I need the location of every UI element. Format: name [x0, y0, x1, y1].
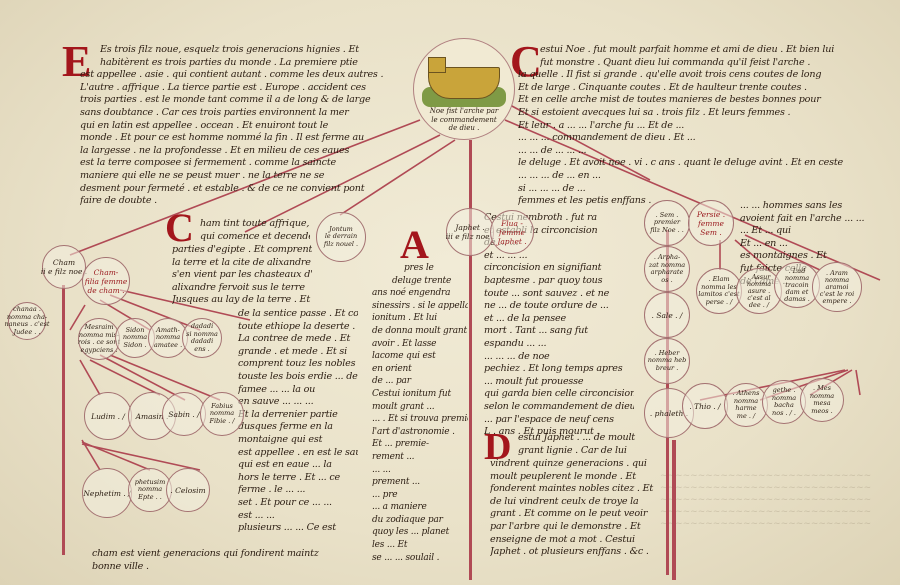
text-line: desment pour fermeté . et estable . & de…: [80, 183, 400, 196]
text-line: Et ... premie-: [372, 438, 468, 451]
circle-text: Nephetim . /: [83, 489, 130, 498]
text-line: l'art d'astronomie .: [372, 426, 468, 439]
text-line: ans noé engendra: [372, 287, 468, 300]
circle-text: amatee .: [154, 342, 182, 350]
circle-text: ii e filz noe .: [41, 267, 87, 276]
cham-paragraph-right: de la sentice passe . Et comprent toute …: [238, 308, 358, 535]
text-line: ne ... de toute ordure de ...: [484, 300, 634, 313]
text-line: la largesse . ne la profondesse . Et en …: [80, 145, 400, 158]
circle-text: Ludim . /: [91, 412, 125, 421]
text-line: en sauve ... ... ...: [238, 396, 358, 409]
text-line: trois parties . est le monde tant comme …: [80, 94, 400, 107]
text-line: es montaignes . Et: [740, 250, 890, 263]
caption-line: de dieu .: [449, 124, 480, 132]
text-line: ... Et ... qui: [740, 225, 890, 238]
text-line: ... ... ... de ... en ...: [518, 170, 880, 183]
text-line: selon le commandement de dieu . Et de ce…: [484, 401, 634, 414]
text-line: fonderent maintes nobles citez . Et: [490, 483, 670, 496]
circle-jontum: Jontum le derrain filz nouel .: [316, 212, 366, 262]
initial-c-cham: C: [165, 208, 194, 248]
text-line: quoy les ... planet: [372, 526, 468, 539]
text-line: espandu ... ...: [484, 338, 634, 351]
text-line: Et la derrenier partie: [238, 409, 358, 422]
text-line: Et en celle arche mist de toutes maniere…: [518, 94, 880, 107]
text-line: se ... ... soulail .: [372, 552, 468, 565]
text-line: Jusques au lay de la terre . Et: [172, 294, 312, 307]
text-line: la terre et la cite de alixandre . Et si: [172, 257, 312, 270]
text-line: Et de large . Cinquante coutes . Et de h…: [518, 82, 880, 95]
noahs-ark-medallion: Noe fist l'arche par le commandement de …: [413, 38, 515, 140]
text-line: du zodiaque par: [372, 514, 468, 527]
text-line: famee ... ... la ou: [238, 384, 358, 397]
text-line: Cestui ionitum fut: [372, 388, 468, 401]
text-line: grande . et mede . Et si: [238, 346, 358, 359]
circle-text: Sabin . /: [168, 410, 199, 419]
text-line: ... a maniere: [372, 501, 468, 514]
circle-text: breur .: [656, 365, 679, 373]
text-line: en orient: [372, 363, 468, 376]
circle-text: Sem .: [700, 228, 721, 237]
text-line: toute ethiope la deserte .: [238, 321, 358, 334]
text-line: avoient fait en l'arche ... ...: [740, 213, 890, 226]
text-line: ... pre: [372, 489, 468, 502]
circle-text: iii e filz noe .: [446, 232, 495, 241]
text-line: parties d'egipte . Et comprent toute: [172, 244, 312, 257]
text-line: estui Noe . fut moult parfait homme et a…: [540, 44, 880, 57]
circle-ludim: Ludim . /: [84, 392, 132, 440]
circle-text: Cham-: [94, 268, 119, 277]
circle-text: Japhet .: [455, 223, 484, 232]
text-line: fut monstre . Quant dieu lui commanda qu…: [540, 57, 880, 70]
circle-text: meos .: [811, 408, 832, 416]
circle-text: Cham: [53, 258, 75, 267]
text-line: ionitum . Et lui: [372, 312, 468, 325]
text-line: les ... Et: [372, 539, 468, 552]
circle-text: empere .: [822, 298, 851, 305]
text-line: de la sentice passe . Et comprent: [238, 308, 358, 321]
text-line: moult grant ...: [372, 401, 468, 414]
text-line: la quelle . Il fist si grande . qu'elle …: [518, 69, 880, 82]
text-line: qui en latin est appellee . occean . Et …: [80, 120, 400, 133]
text-line: touste les bois erdie ... de: [238, 371, 358, 384]
circle-text: de cham .: [87, 286, 124, 295]
circle-text: Flua -: [501, 219, 523, 228]
text-line: plusieurs ... ... Ce est: [238, 522, 358, 535]
text-line: sinessirs . si le appella: [372, 300, 468, 313]
cham-paragraph: ham tint toute affrique, qui comence et …: [200, 218, 310, 243]
text-line: circoncision en signifiant: [484, 262, 634, 275]
text-line: rement ...: [372, 451, 468, 464]
circle-celosim: . Celosim: [166, 468, 210, 512]
circle-text: . Sale . /: [652, 311, 683, 320]
circle-japhet-wife: Flua - femme Japhet .: [490, 210, 534, 254]
text-line: L'autre . affrique . La tierce partie es…: [80, 82, 400, 95]
text-line: ... moult fut prouesse: [484, 376, 634, 389]
circle-thio: . Thio . /: [682, 383, 728, 429]
text-line: ... ... ... de noe: [484, 351, 634, 364]
text-line: lacome qui est: [372, 350, 468, 363]
circle-text: me . /: [737, 413, 755, 421]
caption-line: le commandement: [431, 116, 496, 124]
circle-sale: . Sale . /: [644, 292, 690, 338]
caption-line: Noe fist l'arche par: [430, 107, 499, 115]
japhet-lineage-bar: [469, 140, 472, 580]
circle-text: Epte . .: [138, 494, 162, 502]
text-line: ... ... de ... ... ...: [518, 145, 880, 158]
text-line: ... ... ... commandement de dieu . Et ..…: [518, 132, 880, 145]
text-line: s'en vient par les chasteaux d'alixan-: [172, 269, 312, 282]
circle-text: Japhet .: [497, 237, 526, 246]
text-line: deluge trente: [392, 275, 468, 288]
text-line: par l'arbre qui le demonstre . Et: [490, 521, 670, 534]
circle-sem-wife: Persie . femme Sem .: [688, 200, 734, 246]
circle-mes: . Mes nomma mesa meos .: [800, 378, 844, 422]
text-line: et ... de la pensee: [484, 313, 634, 326]
text-line: est ... ...: [238, 510, 358, 523]
left-top-paragraph: Es trois filz noue, esquelz trois genera…: [100, 44, 400, 208]
text-line: qui comence et decende: [200, 231, 310, 244]
text-line: si ... ... ... de ...: [518, 183, 880, 196]
text-line: set . Et pour ce ... ...: [238, 497, 358, 510]
text-line: Et leur . a ... ... l'arche fu ... Et de…: [518, 120, 880, 133]
text-line: ... par l'espace de neuf cens: [484, 414, 634, 427]
text-line: le deluge . Et avoit noe . vi . c ans . …: [518, 157, 880, 170]
cham-lineage-bar: [62, 285, 65, 555]
text-line: pres le: [404, 262, 468, 275]
ark-caption: Noe fist l'arche par le commandement de …: [414, 107, 514, 133]
japhet-paragraph: estui Japhet . ... de moult grant lignie…: [518, 432, 668, 457]
text-line: toute ... sont sauvez . et ne: [484, 288, 634, 301]
circle-text: filia femme: [85, 277, 128, 286]
text-line: grant lignie . Car de lui: [518, 445, 668, 458]
initial-a-center: A: [400, 225, 429, 265]
circle-dadan: dadadi si nomma dadadi ens .: [182, 318, 222, 358]
circle-cham: Cham ii e filz noe .: [42, 245, 86, 289]
text-line: enseigne de mot a mot . Cestui: [490, 534, 670, 547]
circle-text: os .: [661, 277, 672, 285]
text-line: cham est vient generacions qui fondirent…: [92, 548, 322, 561]
circle-text: ens .: [194, 346, 210, 354]
circle-text: femme: [698, 219, 724, 228]
text-line: hors le terre . Et ... ce: [238, 472, 358, 485]
center-paragraph: pres le deluge trente ans noé engendra s…: [372, 262, 468, 564]
text-line: de ... par: [372, 375, 468, 388]
circle-text: Sidon .: [124, 342, 147, 350]
cham-paragraph-body: parties d'egipte . Et comprent toute la …: [172, 244, 312, 307]
text-line: mort . Tant ... sang fut: [484, 325, 634, 338]
circle-aram: . Aram nomma aramoi c'est le roi empere …: [812, 262, 862, 312]
text-line: grant . Et comme on le peut veoir: [490, 508, 670, 521]
circle-text: . Thio . /: [689, 402, 720, 411]
circle-arphaxat: . Arpha- zat nomma arpharate os .: [644, 246, 690, 292]
text-line: alixandre fervoit sus le terre: [172, 282, 312, 295]
text-line: moult peuplerent le monde . Et: [490, 471, 670, 484]
circle-text: egypciens .: [80, 347, 117, 355]
text-line: Japhet . ot plusieurs enffans . &c .: [490, 546, 670, 559]
circle-fabius: Fabius nomma Fibie . /: [200, 392, 244, 436]
circle-chanaan: chanaa . nomma cha- naneus . c'est Judee…: [8, 302, 46, 340]
circle-cham-wife: Cham- filia femme de cham .: [82, 257, 130, 305]
circle-nephetim: Nephetim . /: [82, 468, 132, 518]
circle-text: Persie .: [697, 210, 725, 219]
text-line: sans doubtance . Car ces trois parties e…: [80, 107, 400, 120]
text-line: qui est en eaue ... la: [238, 459, 358, 472]
text-line: vindrent quinze generacions . qui: [490, 458, 670, 471]
manuscript-page: ~~~~~~~~~~~~~~~~~~~~~~~~~~~~ ~~~~~~~~~~~…: [0, 0, 900, 585]
text-line: dusques ferme en la: [238, 421, 358, 434]
circle-text: filz nouel .: [324, 241, 358, 249]
japhet-paragraph-body: vindrent quinze generacions . qui moult …: [490, 458, 670, 559]
text-line: est appellee . asie . qui contient autan…: [80, 69, 400, 82]
text-line: est appellee . en est le sauvage: [238, 447, 358, 460]
circle-text: perse . /: [706, 299, 733, 307]
text-line: montaigne qui est: [238, 434, 358, 447]
text-line: maniere qui elle ne se peust muer . ne l…: [80, 170, 400, 183]
sem-lineage-bar-lower: [672, 440, 676, 580]
text-line: ... . Et si trouva premier: [372, 413, 468, 426]
circle-text: femme: [499, 228, 525, 237]
circle-japhet: Japhet . iii e filz noe .: [446, 208, 494, 256]
circle-text: Fibie . /: [209, 418, 234, 426]
text-line: ham tint toute affrique,: [200, 218, 310, 231]
text-line: est la terre composee si fermement . com…: [80, 157, 400, 170]
text-line: qui garda bien celle circoncision .: [484, 388, 634, 401]
circle-text: filz Noe . .: [650, 227, 684, 235]
right-top-paragraph: estui Noe . fut moult parfait homme et a…: [540, 44, 880, 208]
text-line: avoir . Et lasse: [372, 338, 468, 351]
text-line: estui Japhet . ... de moult: [518, 432, 668, 445]
text-line: Es trois filz noue, esquelz trois genera…: [100, 44, 400, 57]
text-line: Et ... en ...: [740, 238, 890, 251]
text-line: Et si estoient avecques lui sa . trois f…: [518, 107, 880, 120]
text-line: prement ...: [372, 476, 468, 489]
text-line: pechiez . Et long temps apres: [484, 363, 634, 376]
text-line: habitèrent es trois parties du monde . L…: [100, 57, 400, 70]
text-line: bonne ville .: [92, 561, 322, 574]
text-line: ... ...: [372, 464, 468, 477]
circle-mesraim: Mesraim nomma mis- rois . ce sont egypci…: [78, 318, 120, 360]
text-line: monde . Et pour ce est homme nommé la fi…: [80, 132, 400, 145]
text-line: de lui vindrent ceulx de troye la: [490, 496, 670, 509]
circle-text: nos . / .: [772, 410, 796, 418]
text-line: faire de doubte .: [80, 195, 400, 208]
circle-heber: . Heber nomma heb breur .: [644, 338, 690, 384]
text-line: baptesme . par quoy tous: [484, 275, 634, 288]
circle-text: Judee . .: [14, 329, 41, 337]
circle-text: dee . /: [749, 302, 769, 309]
text-line: ... ... hommes sans les: [740, 200, 890, 213]
ark-cabin-icon: [428, 57, 446, 73]
text-line: comprent touz les nobles ... Et: [238, 358, 358, 371]
circle-text: . Celosim: [170, 486, 205, 495]
text-line: ferme . le ... ...: [238, 484, 358, 497]
text-line: La contree de mede . Et: [238, 333, 358, 346]
cham-footer: cham est vient generacions qui fondirent…: [92, 548, 322, 573]
circle-sem: . Sem . premier filz Noe . .: [644, 200, 690, 246]
text-line: de donna moult grant: [372, 325, 468, 338]
circle-text: damas .: [784, 296, 810, 303]
